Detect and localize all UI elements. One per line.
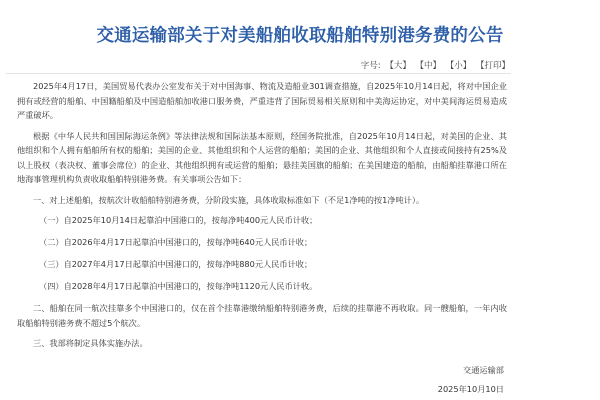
fee-item-3: （三）自2027年4月17日起靠泊中国港口的，按每净吨880元人民币计收； [17, 257, 507, 272]
fee-item-1: （一）自2025年10月14日起靠泊中国港口的，按每净吨400元人民币计收； [17, 213, 507, 228]
header-divider [6, 73, 511, 74]
paragraph-section-two: 二、船舶在同一航次挂靠多个中国港口的，仅在首个挂靠港缴纳船舶特别港务费，后续的挂… [17, 301, 507, 330]
font-size-small-link[interactable]: 【小】 [446, 61, 472, 71]
paragraph-section-three: 三、我部将制定具体实施办法。 [17, 336, 507, 351]
paragraph-legal-basis: 根据《中华人民共和国国际海运条例》等法律法规和国际法基本原则，经国务院批准，自2… [17, 129, 507, 187]
signature-organization: 交通运输部 [463, 365, 504, 376]
print-link[interactable]: 【打印】 [476, 61, 510, 71]
signature-date: 2025年10月10日 [438, 384, 504, 395]
fee-item-2: （二）自2026年4月17日起靠泊中国港口的，按每净吨640元人民币计收； [17, 235, 507, 250]
font-size-toolbar: 字号: 【大】 【中】 【小】 【打印】 [361, 59, 510, 71]
announcement-page: 交通运输部关于对美船舶收取船舶特别港务费的公告 字号: 【大】 【中】 【小】 … [0, 0, 600, 400]
font-size-medium-link[interactable]: 【中】 [416, 61, 442, 71]
paragraph-section-one: 一、对上述船舶，按航次计收船舶特别港务费，分阶段实施，具体收取标准如下（不足1净… [17, 193, 507, 208]
fee-item-4: （四）自2028年4月17日起靠泊中国港口的，按每净吨1120元人民币计收。 [17, 279, 507, 294]
paragraph-background: 2025年4月17日，美国贸易代表办公室发布关于对中国海事、物流及造船业301调… [17, 79, 507, 123]
page-title: 交通运输部关于对美船舶收取船舶特别港务费的公告 [0, 22, 600, 47]
font-size-large-link[interactable]: 【大】 [385, 61, 411, 71]
announcement-body: 2025年4月17日，美国贸易代表办公室发布关于对中国海事、物流及造船业301调… [17, 79, 507, 357]
font-size-label: 字号: [361, 61, 381, 71]
